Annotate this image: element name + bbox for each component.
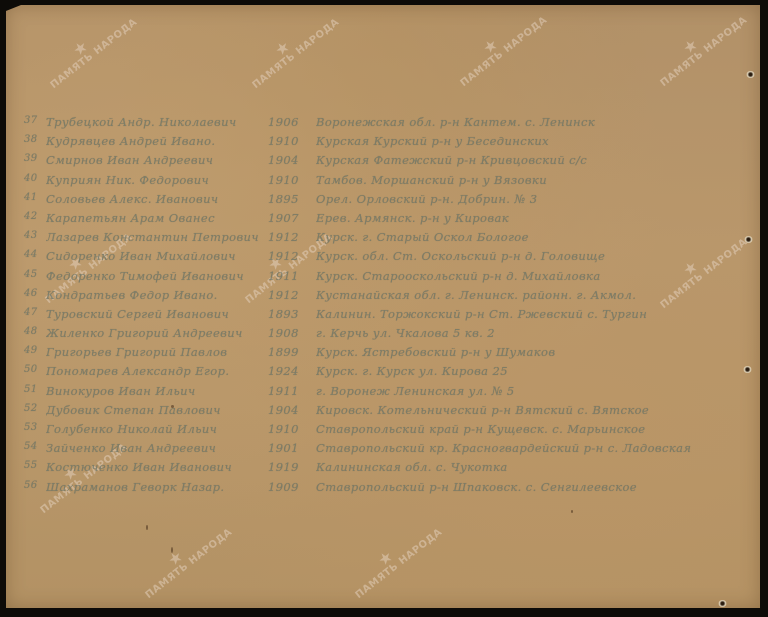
entry-place: Ерев. Армянск. р-н у Кировак bbox=[316, 211, 756, 225]
entry-name: Григорьев Григорий Павлов bbox=[46, 345, 266, 359]
entry-year: 1910 bbox=[268, 173, 304, 187]
entry-name: Кудрявцев Андрей Ивано. bbox=[46, 134, 266, 148]
entry-place: Курск. г. Курск ул. Кирова 25 bbox=[316, 364, 756, 378]
entry-year: 1907 bbox=[268, 211, 304, 225]
watermark: ★ПАМЯТЬ НАРОДА bbox=[649, 3, 749, 89]
paper-speck bbox=[146, 525, 148, 530]
entry-number: 56 bbox=[24, 480, 42, 491]
entry-year: 1895 bbox=[268, 192, 304, 206]
entry-name: Смирнов Иван Андреевич bbox=[46, 153, 266, 167]
watermark: ★ПАМЯТЬ НАРОДА bbox=[344, 515, 444, 601]
list-item: 41Соловьев Алекс. Иванович1895Орел. Орло… bbox=[24, 192, 759, 211]
entry-year: 1911 bbox=[268, 384, 304, 398]
entry-year: 1919 bbox=[268, 460, 304, 474]
list-item: 53Голубенко Николай Ильич1910Ставропольс… bbox=[24, 422, 759, 441]
watermark: ★ПАМЯТЬ НАРОДА bbox=[134, 515, 234, 601]
entry-number: 44 bbox=[24, 249, 42, 260]
star-icon: ★ bbox=[230, 5, 335, 92]
list-item: 44Сидоренко Иван Михайлович1912Курск. об… bbox=[24, 249, 759, 268]
entry-name: Дубовик Степан Павлович bbox=[46, 403, 266, 417]
entry-number: 49 bbox=[24, 345, 42, 356]
entry-number: 45 bbox=[24, 269, 42, 280]
list-item: 43Лазарев Константин Петрович1912Курск. … bbox=[24, 230, 759, 249]
entry-number: 40 bbox=[24, 173, 42, 184]
entry-year: 1904 bbox=[268, 403, 304, 417]
entry-name: Туровский Сергей Иванович bbox=[46, 307, 266, 321]
entry-number: 46 bbox=[24, 288, 42, 299]
star-icon: ★ bbox=[333, 515, 438, 602]
entry-place: Курск. Ястребовский р-н у Шумаков bbox=[316, 345, 756, 359]
entry-year: 1912 bbox=[268, 249, 304, 263]
entry-name: Зайченко Иван Андреевич bbox=[46, 441, 266, 455]
entry-name: Голубенко Николай Ильич bbox=[46, 422, 266, 436]
entry-place: Тамбов. Моршанский р-н у Вязовки bbox=[316, 173, 756, 187]
star-icon: ★ bbox=[638, 3, 743, 90]
entry-year: 1912 bbox=[268, 230, 304, 244]
entry-place: Курская Фатежский р-н Кривцовский с/с bbox=[316, 153, 756, 167]
entry-name: Трубецкой Андр. Николаевич bbox=[46, 115, 266, 129]
list-item: 46Кондратьев Федор Ивано.1912Кустанайска… bbox=[24, 288, 759, 307]
entry-year: 1901 bbox=[268, 441, 304, 455]
entry-place: Орел. Орловский р-н. Добрин. № 3 bbox=[316, 192, 756, 206]
punched-hole bbox=[718, 600, 727, 607]
entry-place: Калинин. Торжокский р-н Ст. Ржевский с. … bbox=[316, 307, 756, 321]
entry-year: 1906 bbox=[268, 115, 304, 129]
entry-name: Кондратьев Федор Ивано. bbox=[46, 288, 266, 302]
entry-number: 50 bbox=[24, 364, 42, 375]
entry-number: 38 bbox=[24, 134, 42, 145]
watermark: ★ПАМЯТЬ НАРОДА bbox=[449, 3, 549, 89]
paper-speck bbox=[171, 547, 173, 553]
entry-year: 1912 bbox=[268, 288, 304, 302]
entry-year: 1924 bbox=[268, 364, 304, 378]
list-item: 40Куприян Ник. Федорович1910Тамбов. Морш… bbox=[24, 173, 759, 192]
punched-hole bbox=[746, 71, 755, 78]
entry-number: 39 bbox=[24, 153, 42, 164]
list-item: 48Жиленко Григорий Андреевич1908г. Керчь… bbox=[24, 326, 759, 345]
document-sheet: ★ПАМЯТЬ НАРОДА ★ПАМЯТЬ НАРОДА ★ПАМЯТЬ НА… bbox=[6, 5, 760, 608]
entry-place: Курск. обл. Ст. Оскольский р-н д. Голови… bbox=[316, 249, 756, 263]
entry-number: 42 bbox=[24, 211, 42, 222]
entry-place: Курская Курский р-н у Бесединских bbox=[316, 134, 756, 148]
entry-year: 1910 bbox=[268, 134, 304, 148]
entry-name: Сидоренко Иван Михайлович bbox=[46, 249, 266, 263]
list-item: 42Карапетьян Арам Ованес1907Ерев. Армянс… bbox=[24, 211, 759, 230]
entry-name: Куприян Ник. Федорович bbox=[46, 173, 266, 187]
list-item: 54Зайченко Иван Андреевич1901Ставропольс… bbox=[24, 441, 759, 460]
star-icon: ★ bbox=[438, 3, 543, 90]
list-item: 49Григорьев Григорий Павлов1899Курск. Яс… bbox=[24, 345, 759, 364]
entry-place: г. Воронеж Ленинская ул. № 5 bbox=[316, 384, 756, 398]
list-item: 38Кудрявцев Андрей Ивано.1910Курская Кур… bbox=[24, 134, 759, 153]
entry-number: 43 bbox=[24, 230, 42, 241]
entry-year: 1908 bbox=[268, 326, 304, 340]
entry-name: Карапетьян Арам Ованес bbox=[46, 211, 266, 225]
watermark: ★ПАМЯТЬ НАРОДА bbox=[241, 5, 341, 91]
entry-year: 1909 bbox=[268, 480, 304, 494]
entry-number: 48 bbox=[24, 326, 42, 337]
entry-number: 52 bbox=[24, 403, 42, 414]
entry-place: Ставропольский кр. Красногвардейский р-н… bbox=[316, 441, 756, 455]
entry-year: 1893 bbox=[268, 307, 304, 321]
list-item: 45Федоренко Тимофей Иванович1911Курск. С… bbox=[24, 269, 759, 288]
entry-name: Пономарев Александр Егор. bbox=[46, 364, 266, 378]
entry-name: Шахраманов Геворк Назар. bbox=[46, 480, 266, 494]
entry-year: 1899 bbox=[268, 345, 304, 359]
list-item: 55Костюченко Иван Иванович1919Калининска… bbox=[24, 460, 759, 479]
entries-list: 37Трубецкой Андр. Николаевич1906Воронежс… bbox=[24, 115, 759, 499]
entry-name: Лазарев Константин Петрович bbox=[46, 230, 266, 244]
entry-place: Курск. г. Старый Оскол Бологое bbox=[316, 230, 756, 244]
entry-place: Курск. Старооскольский р-н д. Михайловка bbox=[316, 269, 756, 283]
entry-name: Соловьев Алекс. Иванович bbox=[46, 192, 266, 206]
entry-number: 51 bbox=[24, 384, 42, 395]
entry-number: 41 bbox=[24, 192, 42, 203]
entry-number: 54 bbox=[24, 441, 42, 452]
list-item: 39Смирнов Иван Андреевич1904Курская Фате… bbox=[24, 153, 759, 172]
entry-year: 1911 bbox=[268, 269, 304, 283]
entry-name: Федоренко Тимофей Иванович bbox=[46, 269, 266, 283]
entry-name: Винокуров Иван Ильич bbox=[46, 384, 266, 398]
list-item: 37Трубецкой Андр. Николаевич1906Воронежс… bbox=[24, 115, 759, 134]
list-item: 51Винокуров Иван Ильич1911г. Воронеж Лен… bbox=[24, 384, 759, 403]
entry-number: 55 bbox=[24, 460, 42, 471]
list-item: 52Дубовик Степан Павлович1904Кировск. Ко… bbox=[24, 403, 759, 422]
entry-year: 1904 bbox=[268, 153, 304, 167]
star-icon: ★ bbox=[28, 5, 133, 92]
entry-name: Жиленко Григорий Андреевич bbox=[46, 326, 266, 340]
list-item: 50Пономарев Александр Егор.1924Курск. г.… bbox=[24, 364, 759, 383]
watermark: ★ПАМЯТЬ НАРОДА bbox=[39, 5, 139, 91]
list-item: 56Шахраманов Геворк Назар.1909Ставрополь… bbox=[24, 480, 759, 499]
entry-place: Воронежская обл. р-н Кантем. с. Ленинск bbox=[316, 115, 756, 129]
star-icon: ★ bbox=[123, 515, 228, 602]
entry-place: г. Керчь ул. Чкалова 5 кв. 2 bbox=[316, 326, 756, 340]
entry-place: Калининская обл. с. Чукотка bbox=[316, 460, 756, 474]
entry-place: Ставропольский край р-н Кущевск. с. Марь… bbox=[316, 422, 756, 436]
paper-speck bbox=[571, 510, 573, 513]
entry-number: 47 bbox=[24, 307, 42, 318]
entry-place: Ставропольский р-н Шпаковск. с. Сенгилее… bbox=[316, 480, 756, 494]
entry-year: 1910 bbox=[268, 422, 304, 436]
entry-place: Кировск. Котельнический р-н Вятский с. В… bbox=[316, 403, 756, 417]
entry-number: 37 bbox=[24, 115, 42, 126]
list-item: 47Туровский Сергей Иванович1893Калинин. … bbox=[24, 307, 759, 326]
entry-place: Кустанайская обл. г. Ленинск. районн. г.… bbox=[316, 288, 756, 302]
entry-number: 53 bbox=[24, 422, 42, 433]
entry-name: Костюченко Иван Иванович bbox=[46, 460, 266, 474]
